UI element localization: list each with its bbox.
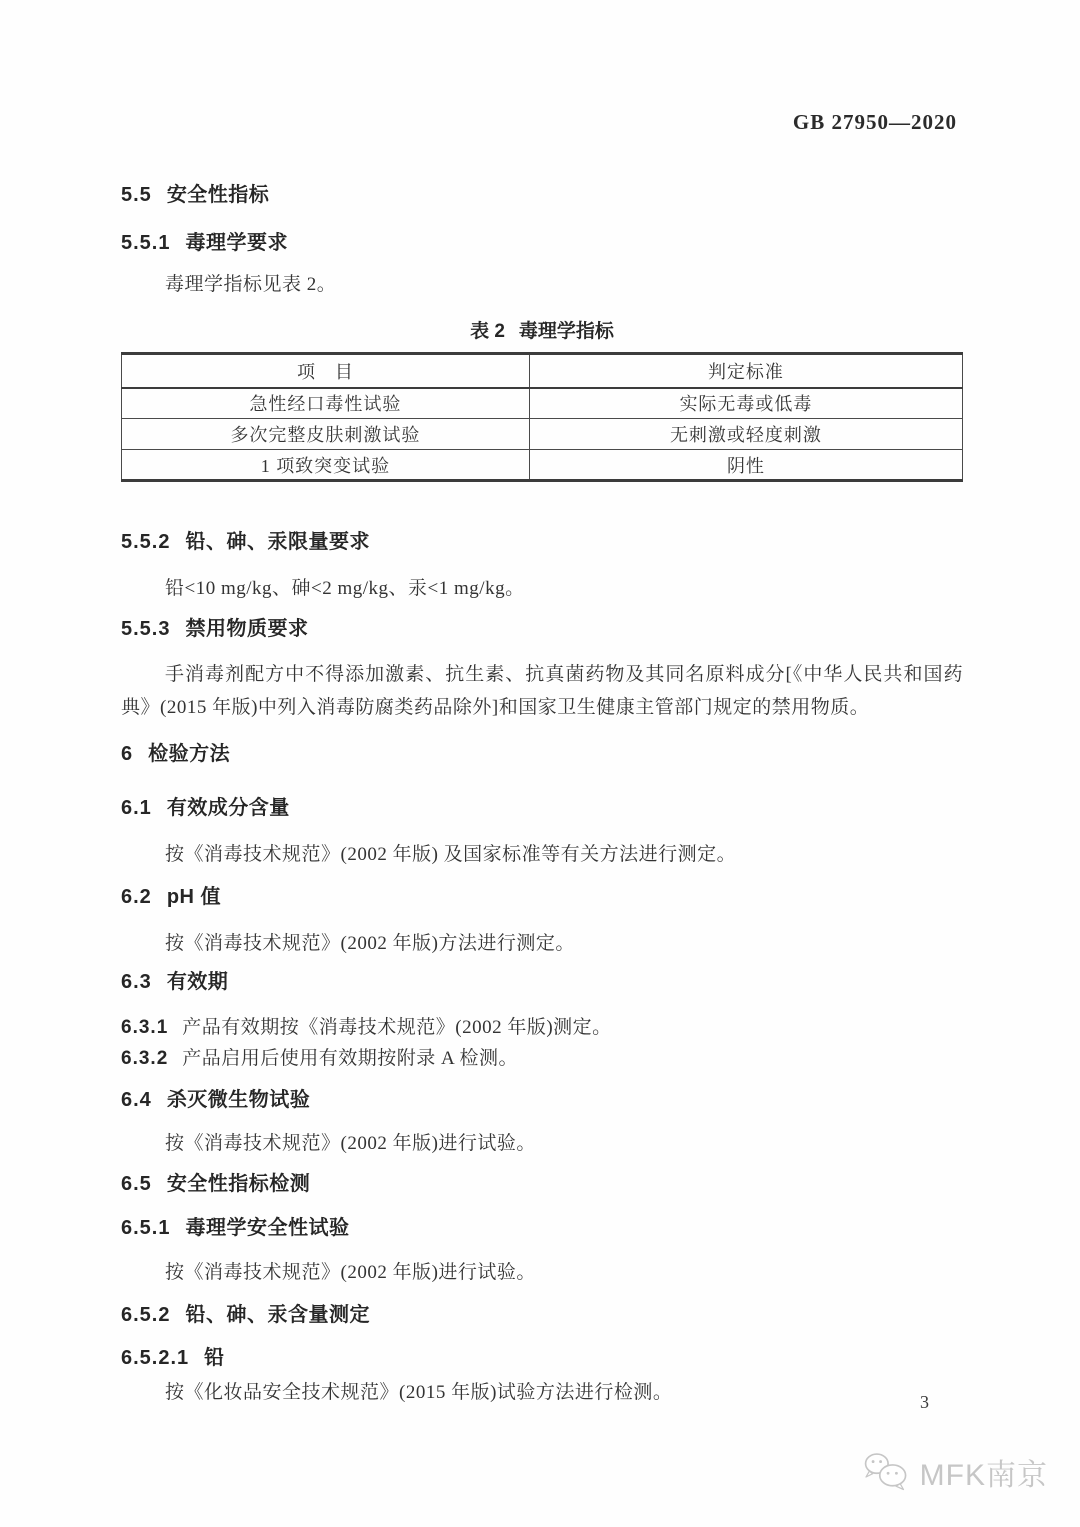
heading-number: 6.5 <box>121 1173 152 1195</box>
heading-number: 6.1 <box>121 797 152 819</box>
page-number: 3 <box>920 1392 929 1413</box>
heading-6-3: 6.3有效期 <box>121 972 963 993</box>
table-row: 急性经口毒性试验 实际无毒或低毒 <box>122 388 963 419</box>
table-cell: 无刺激或轻度刺激 <box>529 419 962 450</box>
watermark: MFK南京 <box>861 1450 1048 1494</box>
heading-title: 禁用物质要求 <box>185 618 308 640</box>
heading-5-5-3: 5.5.3禁用物质要求 <box>121 619 963 640</box>
paragraph-6-5-1: 按《消毒技术规范》(2002 年版)进行试验。 <box>121 1262 963 1283</box>
heading-title: 检验方法 <box>148 743 230 765</box>
wechat-icon <box>861 1451 911 1493</box>
heading-title: 毒理学安全性试验 <box>185 1217 349 1239</box>
heading-6-5: 6.5安全性指标检测 <box>121 1174 963 1195</box>
heading-number: 6.4 <box>121 1089 152 1111</box>
col-header-item: 项 目 <box>122 354 530 388</box>
heading-title: 杀灭微生物试验 <box>167 1089 311 1111</box>
heading-title: 有效期 <box>167 971 229 993</box>
heading-title: 铅、砷、汞限量要求 <box>185 531 370 553</box>
heading-number: 6 <box>121 743 133 765</box>
table-cell: 1 项致突变试验 <box>122 450 530 481</box>
content-column: 5.5安全性指标 5.5.1毒理学要求 毒理学指标见表 2。 表 2毒理学指标 … <box>121 0 963 1403</box>
heading-5-5-1: 5.5.1毒理学要求 <box>121 233 963 254</box>
heading-number: 5.5.3 <box>121 618 170 640</box>
table-cell: 实际无毒或低毒 <box>529 388 962 419</box>
heading-number: 5.5 <box>121 184 152 206</box>
heading-title: 铅、砷、汞含量测定 <box>185 1304 370 1326</box>
heading-title: 毒理学要求 <box>185 232 288 254</box>
table-2-toxicology: 项 目 判定标准 急性经口毒性试验 实际无毒或低毒 多次完整皮肤刺激试验 无刺激… <box>121 352 963 482</box>
clause-number: 6.3.2 <box>121 1048 168 1069</box>
table-cell: 阴性 <box>529 450 962 481</box>
paragraph-toxicology-ref: 毒理学指标见表 2。 <box>121 274 963 295</box>
table-cell: 多次完整皮肤刺激试验 <box>122 419 530 450</box>
watermark-text: MFK南京 <box>920 1450 1048 1494</box>
heading-6-5-2: 6.5.2铅、砷、汞含量测定 <box>121 1305 963 1326</box>
col-header-criteria: 判定标准 <box>529 354 962 388</box>
table-caption-title: 毒理学指标 <box>519 321 614 342</box>
clause-text: 产品启用后使用有效期按附录 A 检测。 <box>182 1048 518 1069</box>
heading-title: 安全性指标 <box>167 184 270 206</box>
heading-title: 有效成分含量 <box>167 797 290 819</box>
paragraph-6-4: 按《消毒技术规范》(2002 年版)进行试验。 <box>121 1133 963 1154</box>
heading-5-5: 5.5安全性指标 <box>121 185 963 206</box>
paragraph-limits: 铅<10 mg/kg、砷<2 mg/kg、汞<1 mg/kg。 <box>121 578 963 599</box>
heading-6: 6检验方法 <box>121 744 963 765</box>
heading-title: 铅 <box>204 1347 225 1369</box>
heading-number: 6.5.2 <box>121 1304 170 1326</box>
table-cell: 急性经口毒性试验 <box>122 388 530 419</box>
table-row: 1 项致突变试验 阴性 <box>122 450 963 481</box>
clause-6-3-2: 6.3.2产品启用后使用有效期按附录 A 检测。 <box>121 1048 963 1069</box>
paragraph-6-1: 按《消毒技术规范》(2002 年版) 及国家标准等有关方法进行测定。 <box>121 844 963 865</box>
heading-number: 6.5.1 <box>121 1217 170 1239</box>
heading-6-1: 6.1有效成分含量 <box>121 798 963 819</box>
table-row: 多次完整皮肤刺激试验 无刺激或轻度刺激 <box>122 419 963 450</box>
heading-6-5-1: 6.5.1毒理学安全性试验 <box>121 1218 963 1239</box>
paragraph-6-2: 按《消毒技术规范》(2002 年版)方法进行测定。 <box>121 933 963 954</box>
heading-number: 6.5.2.1 <box>121 1347 189 1369</box>
heading-number: 6.3 <box>121 971 152 993</box>
heading-title: 安全性指标检测 <box>167 1173 311 1195</box>
heading-5-5-2: 5.5.2铅、砷、汞限量要求 <box>121 532 963 553</box>
table-caption-label: 表 2 <box>470 321 505 342</box>
heading-number: 5.5.1 <box>121 232 170 254</box>
paragraph-prohibited: 手消毒剂配方中不得添加激素、抗生素、抗真菌药物及其同名原料成分[《中华人民共和国… <box>121 658 963 724</box>
clause-text: 产品有效期按《消毒技术规范》(2002 年版)测定。 <box>182 1017 611 1038</box>
heading-6-5-2-1: 6.5.2.1铅 <box>121 1348 963 1369</box>
clause-number: 6.3.1 <box>121 1017 168 1038</box>
paragraph-6-5-2-1: 按《化妆品安全技术规范》(2015 年版)试验方法进行检测。 <box>121 1382 963 1403</box>
table-caption: 表 2毒理学指标 <box>121 321 963 342</box>
clause-6-3-1: 6.3.1产品有效期按《消毒技术规范》(2002 年版)测定。 <box>121 1017 963 1038</box>
heading-number: 6.2 <box>121 886 152 908</box>
table-header-row: 项 目 判定标准 <box>122 354 963 388</box>
heading-number: 5.5.2 <box>121 531 170 553</box>
heading-6-2: 6.2pH 值 <box>121 887 963 908</box>
document-page: GB 27950—2020 5.5安全性指标 5.5.1毒理学要求 毒理学指标见… <box>0 0 1080 1527</box>
heading-title: pH 值 <box>167 886 221 908</box>
heading-6-4: 6.4杀灭微生物试验 <box>121 1090 963 1111</box>
